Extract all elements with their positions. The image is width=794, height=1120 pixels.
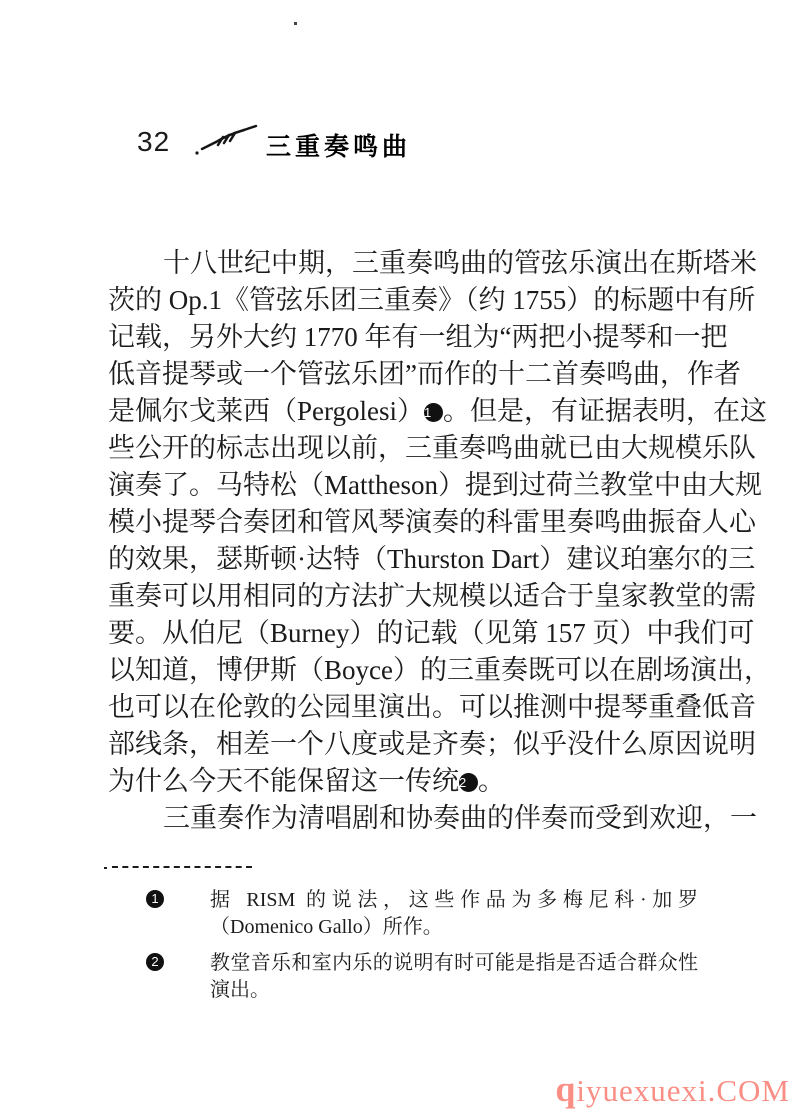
text-line: 要。从伯尼（Burney）的记载（见第 157 页）中我们可 xyxy=(108,615,690,652)
text-line: 也可以在伦敦的公园里演出。可以推测中提琴重叠低音 xyxy=(108,689,690,726)
scanned-book-page: 32 三重奏鸣曲 十八世纪中期，三重奏鸣曲的管弦乐演出在斯塔米茨的 Op.1《管… xyxy=(0,0,794,1120)
text-line: 以知道，博伊斯（Boyce）的三重奏既可以在剧场演出， xyxy=(108,652,690,689)
page-number: 32 xyxy=(137,126,170,158)
text-line: 三重奏作为清唱剧和协奏曲的伴奏而受到欢迎，一 xyxy=(108,800,690,837)
body-text: 十八世纪中期，三重奏鸣曲的管弦乐演出在斯塔米茨的 Op.1《管弦乐团三重奏》（约… xyxy=(108,245,690,837)
text-line: 是佩尔戈莱西（Pergolesi）1。但是，有证据表明，在这 xyxy=(108,393,690,430)
running-title: 三重奏鸣曲 xyxy=(266,127,411,163)
watermark-text: iyuexuexi.COM xyxy=(576,1073,790,1108)
footnote-item: 1据 RISM 的说法，这些作品为多梅尼科·加罗（Domenico Gallo）… xyxy=(146,887,698,941)
text-line: 十八世纪中期，三重奏鸣曲的管弦乐演出在斯塔米 xyxy=(108,245,690,282)
footnotes: 1据 RISM 的说法，这些作品为多梅尼科·加罗（Domenico Gallo）… xyxy=(146,887,698,1013)
text-line: 重奏可以用相同的方法扩大规模以适合于皇家教堂的需 xyxy=(108,578,690,615)
footnote-ref-icon: 2 xyxy=(459,773,478,792)
text-line: 茨的 Op.1《管弦乐团三重奏》（约 1755）的标题中有所 xyxy=(108,282,690,319)
footnote-item: 2教堂音乐和室内乐的说明有时可能是指是否适合群众性演出。 xyxy=(146,950,698,1004)
text-line: 模小提琴合奏团和管风琴演奏的科雷里奏鸣曲振奋人心 xyxy=(108,504,690,541)
footnote-marker-icon: 1 xyxy=(146,890,164,908)
scan-artifact-dot xyxy=(294,22,297,25)
text-line: 演奏了。马特松（Mattheson）提到过荷兰教堂中由大规 xyxy=(108,467,690,504)
text-line: 低音提琴或一个管弦乐团”而作的十二首奏鸣曲，作者 xyxy=(108,356,690,393)
text-line: 为什么今天不能保留这一传统2。 xyxy=(108,763,690,800)
text-line: 记载，另外大约 1770 年有一组为“两把小提琴和一把 xyxy=(108,319,690,356)
footnote-separator xyxy=(112,866,252,868)
watermark-bold-letter: q xyxy=(555,1069,576,1109)
footnote-text: 教堂音乐和室内乐的说明有时可能是指是否适合群众性演出。 xyxy=(210,950,698,1004)
footnote-marker-icon: 2 xyxy=(146,953,164,971)
site-watermark: qiyuexuexi.COM xyxy=(555,1068,790,1110)
quill-flourish-icon xyxy=(194,122,260,161)
separator-dot xyxy=(104,867,107,869)
text-line: 部线条，相差一个八度或是齐奏；似乎没什么原因说明 xyxy=(108,726,690,763)
text-line: 些公开的标志出现以前，三重奏鸣曲就已由大规模乐队 xyxy=(108,430,690,467)
text-line: 的效果，瑟斯顿·达特（Thurston Dart）建议珀塞尔的三 xyxy=(108,541,690,578)
footnote-text: 据 RISM 的说法，这些作品为多梅尼科·加罗（Domenico Gallo）所… xyxy=(210,887,698,941)
footnote-ref-icon: 1 xyxy=(424,403,443,422)
